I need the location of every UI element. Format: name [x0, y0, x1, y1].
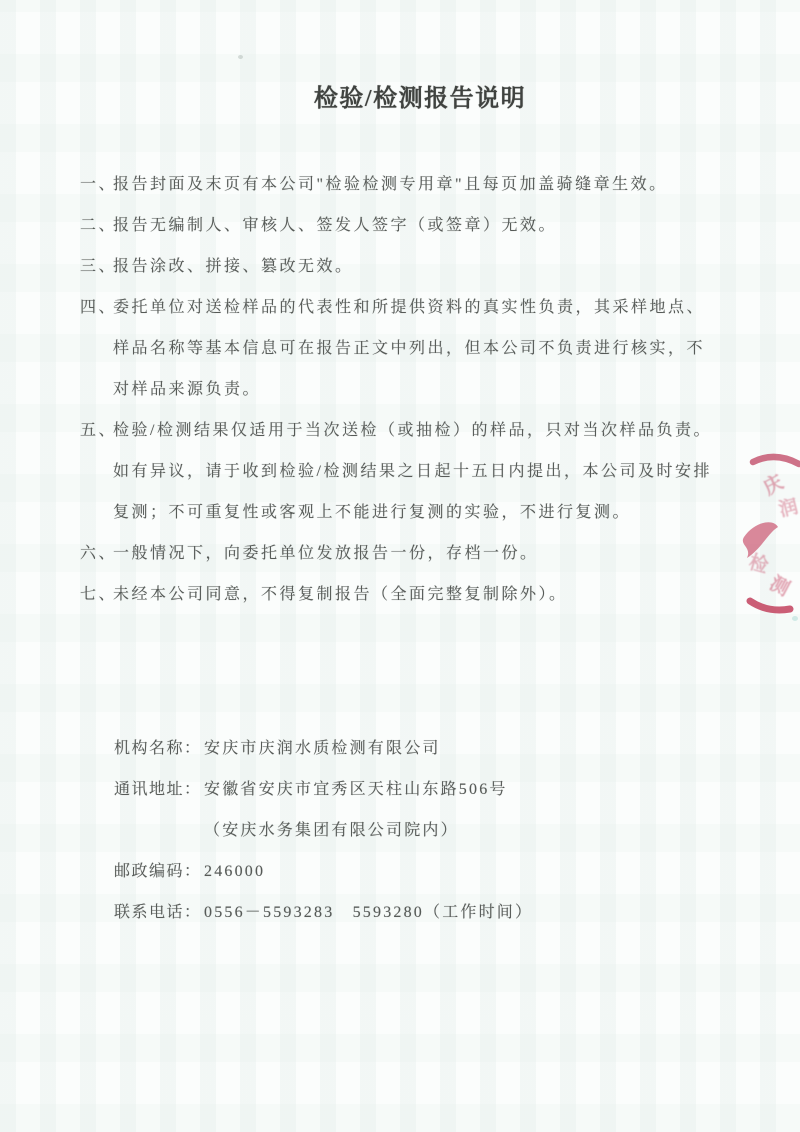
notice-line: 报告无编制人、审核人、签发人签字（或签章）无效。	[113, 205, 557, 246]
contact-value: 0556－5593283 5593280（工作时间）	[204, 904, 533, 921]
notice-line: 样品名称等基本信息可在报告正文中列出，但本公司不负责进行核实，不	[113, 328, 705, 369]
notice-item-7: 七、未经本公司同意，不得复制报告（全面完整复制除外）。	[80, 574, 740, 615]
contact-row: 通讯地址：安徽省安庆市宜秀区天柱山东路506号	[114, 769, 734, 810]
report-notice-page: 检验/检测报告说明 一、报告封面及末页有本公司"检验检测专用章"且每页加盖骑缝章…	[0, 0, 800, 1132]
contact-block: 机构名称：安庆市庆润水质检测有限公司通讯地址：安徽省安庆市宜秀区天柱山东路506…	[114, 728, 734, 933]
notice-line: 如有异议，请于收到检验/检测结果之日起十五日内提出，本公司及时安排	[113, 451, 712, 492]
contact-label: 邮政编码：	[114, 851, 204, 892]
stamp-bottom-arc-icon	[750, 601, 790, 610]
notice-item-number: 五、	[80, 410, 117, 451]
contact-value: 246000	[204, 863, 265, 880]
notice-item-3: 三、报告涂改、拼接、篡改无效。	[80, 246, 740, 287]
contact-row: 邮政编码：246000	[114, 851, 734, 892]
notice-line: 复测；不可重复性或客观上不能进行复测的实验，不进行复测。	[113, 492, 712, 533]
stamp-top-arc-icon	[753, 457, 799, 464]
scan-artifact-speck	[792, 616, 798, 621]
contact-value: （安庆水务集团有限公司院内）	[204, 822, 459, 839]
notice-item-1: 一、报告封面及末页有本公司"检验检测专用章"且每页加盖骑缝章生效。	[80, 164, 740, 205]
notice-item-number: 一、	[80, 164, 117, 205]
notice-line: 委托单位对送检样品的代表性和所提供资料的真实性负责，其采样地点、	[113, 287, 705, 328]
notice-line: 对样品来源负责。	[113, 369, 705, 410]
notice-list: 一、报告封面及末页有本公司"检验检测专用章"且每页加盖骑缝章生效。二、报告无编制…	[80, 164, 740, 615]
notice-item-number: 七、	[80, 574, 117, 615]
contact-label: 通讯地址：	[114, 769, 204, 810]
scan-artifact-speck	[238, 55, 243, 59]
page-title: 检验/检测报告说明	[0, 84, 800, 114]
notice-item-5: 五、检验/检测结果仅适用于当次送检（或抽检）的样品，只对当次样品负责。如有异议，…	[80, 410, 740, 533]
notice-item-number: 二、	[80, 205, 117, 246]
notice-item-number: 三、	[80, 246, 117, 287]
notice-line: 未经本公司同意，不得复制报告（全面完整复制除外）。	[113, 574, 568, 615]
notice-line: 一般情况下，向委托单位发放报告一份，存档一份。	[113, 533, 539, 574]
contact-label: 联系电话：	[114, 892, 204, 933]
contact-row: 联系电话：0556－5593283 5593280（工作时间）	[114, 892, 734, 933]
notice-item-number: 六、	[80, 533, 117, 574]
notice-item-2: 二、报告无编制人、审核人、签发人签字（或签章）无效。	[80, 205, 740, 246]
contact-value: 安庆市庆润水质检测有限公司	[204, 740, 441, 757]
notice-item-6: 六、一般情况下，向委托单位发放报告一份，存档一份。	[80, 533, 740, 574]
contact-value: 安徽省安庆市宜秀区天柱山东路506号	[204, 781, 508, 798]
contact-label: 机构名称：	[114, 728, 204, 769]
seam-seal-stamp: 庆润检测	[728, 443, 800, 625]
notice-line: 报告涂改、拼接、篡改无效。	[113, 246, 354, 287]
notice-line: 报告封面及末页有本公司"检验检测专用章"且每页加盖骑缝章生效。	[113, 164, 668, 205]
stamp-star-fragment-icon	[743, 522, 778, 558]
contact-row: 机构名称：安庆市庆润水质检测有限公司	[114, 728, 734, 769]
notice-item-4: 四、委托单位对送检样品的代表性和所提供资料的真实性负责，其采样地点、样品名称等基…	[80, 287, 740, 410]
notice-line: 检验/检测结果仅适用于当次送检（或抽检）的样品，只对当次样品负责。	[113, 410, 712, 451]
notice-item-number: 四、	[80, 287, 117, 328]
contact-row: （安庆水务集团有限公司院内）	[114, 810, 734, 851]
stamp-arcs-icon	[728, 443, 800, 625]
